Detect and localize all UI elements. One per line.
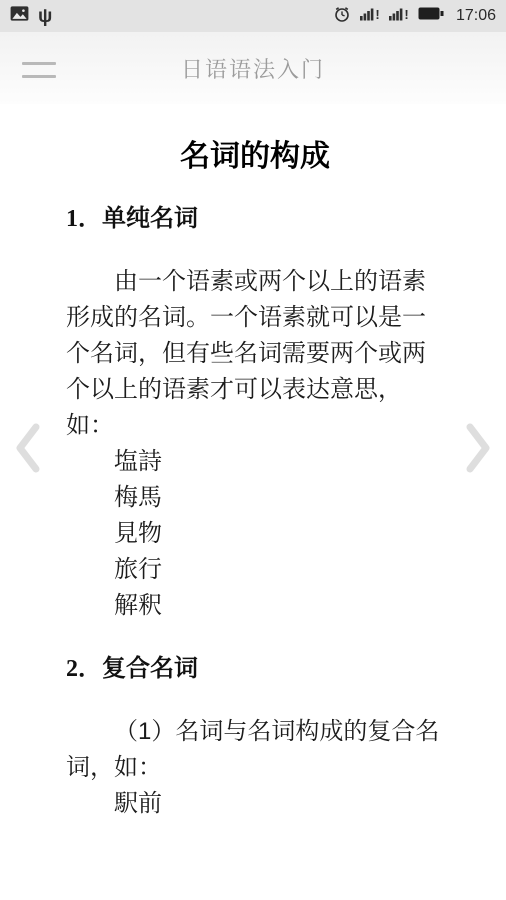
- example-list: 塩詩 梅馬 見物 旅行 解釈: [66, 444, 444, 624]
- section-heading-text: 复合名词: [102, 655, 198, 682]
- status-bar: ψ !: [0, 0, 506, 32]
- example-word: 解釈: [114, 588, 444, 624]
- signal-sim1-icon: !: [360, 6, 380, 26]
- status-bar-left: ψ: [10, 4, 52, 28]
- svg-text:!: !: [375, 7, 379, 21]
- svg-text:!: !: [404, 7, 408, 21]
- signal-sim2-icon: !: [389, 6, 409, 26]
- section-paragraph: 由一个语素或两个以上的语素形成的名词。一个语素就可以是一个名词，但有些名词需要两…: [66, 264, 444, 444]
- prev-page-button[interactable]: [8, 422, 48, 478]
- battery-icon: [418, 7, 444, 25]
- example-word: 塩詩: [114, 444, 444, 480]
- example-word: 旅行: [114, 552, 444, 588]
- example-word: 見物: [114, 516, 444, 552]
- alarm-icon: [333, 5, 351, 28]
- section-heading: 2．复合名词: [66, 654, 444, 684]
- app-screen: ψ !: [0, 0, 506, 900]
- next-page-button[interactable]: [458, 422, 498, 478]
- page-title: 名词的构成: [66, 140, 444, 174]
- section-heading: 1．单纯名词: [66, 204, 444, 234]
- chevron-left-icon: [11, 422, 45, 479]
- example-word: 梅馬: [114, 480, 444, 516]
- section-number: 2．: [66, 656, 102, 682]
- chevron-right-icon: [461, 422, 495, 479]
- header-title: 日语语法入门: [181, 53, 325, 84]
- example-list: 駅前: [66, 786, 444, 822]
- lesson-content: 名词的构成 1．单纯名词 由一个语素或两个以上的语素形成的名词。一个语素就可以是…: [0, 140, 506, 822]
- section-number: 1．: [66, 206, 102, 232]
- hamburger-menu-icon[interactable]: [22, 62, 56, 78]
- app-header: 日语语法入门: [0, 32, 506, 104]
- screenshot-icon: [10, 4, 29, 28]
- section-heading-text: 单纯名词: [102, 205, 198, 232]
- section-simple-nouns: 1．单纯名词 由一个语素或两个以上的语素形成的名词。一个语素就可以是一个名词，但…: [66, 204, 444, 624]
- section-compound-nouns: 2．复合名词 （1）名词与名词构成的复合名词，如： 駅前: [66, 654, 444, 822]
- example-word: 駅前: [114, 786, 444, 822]
- section-paragraph: （1）名词与名词构成的复合名词，如：: [66, 714, 444, 786]
- status-time: 17:06: [456, 7, 496, 25]
- usb-icon: ψ: [38, 7, 52, 26]
- status-bar-right: ! ! 17:06: [333, 5, 496, 28]
